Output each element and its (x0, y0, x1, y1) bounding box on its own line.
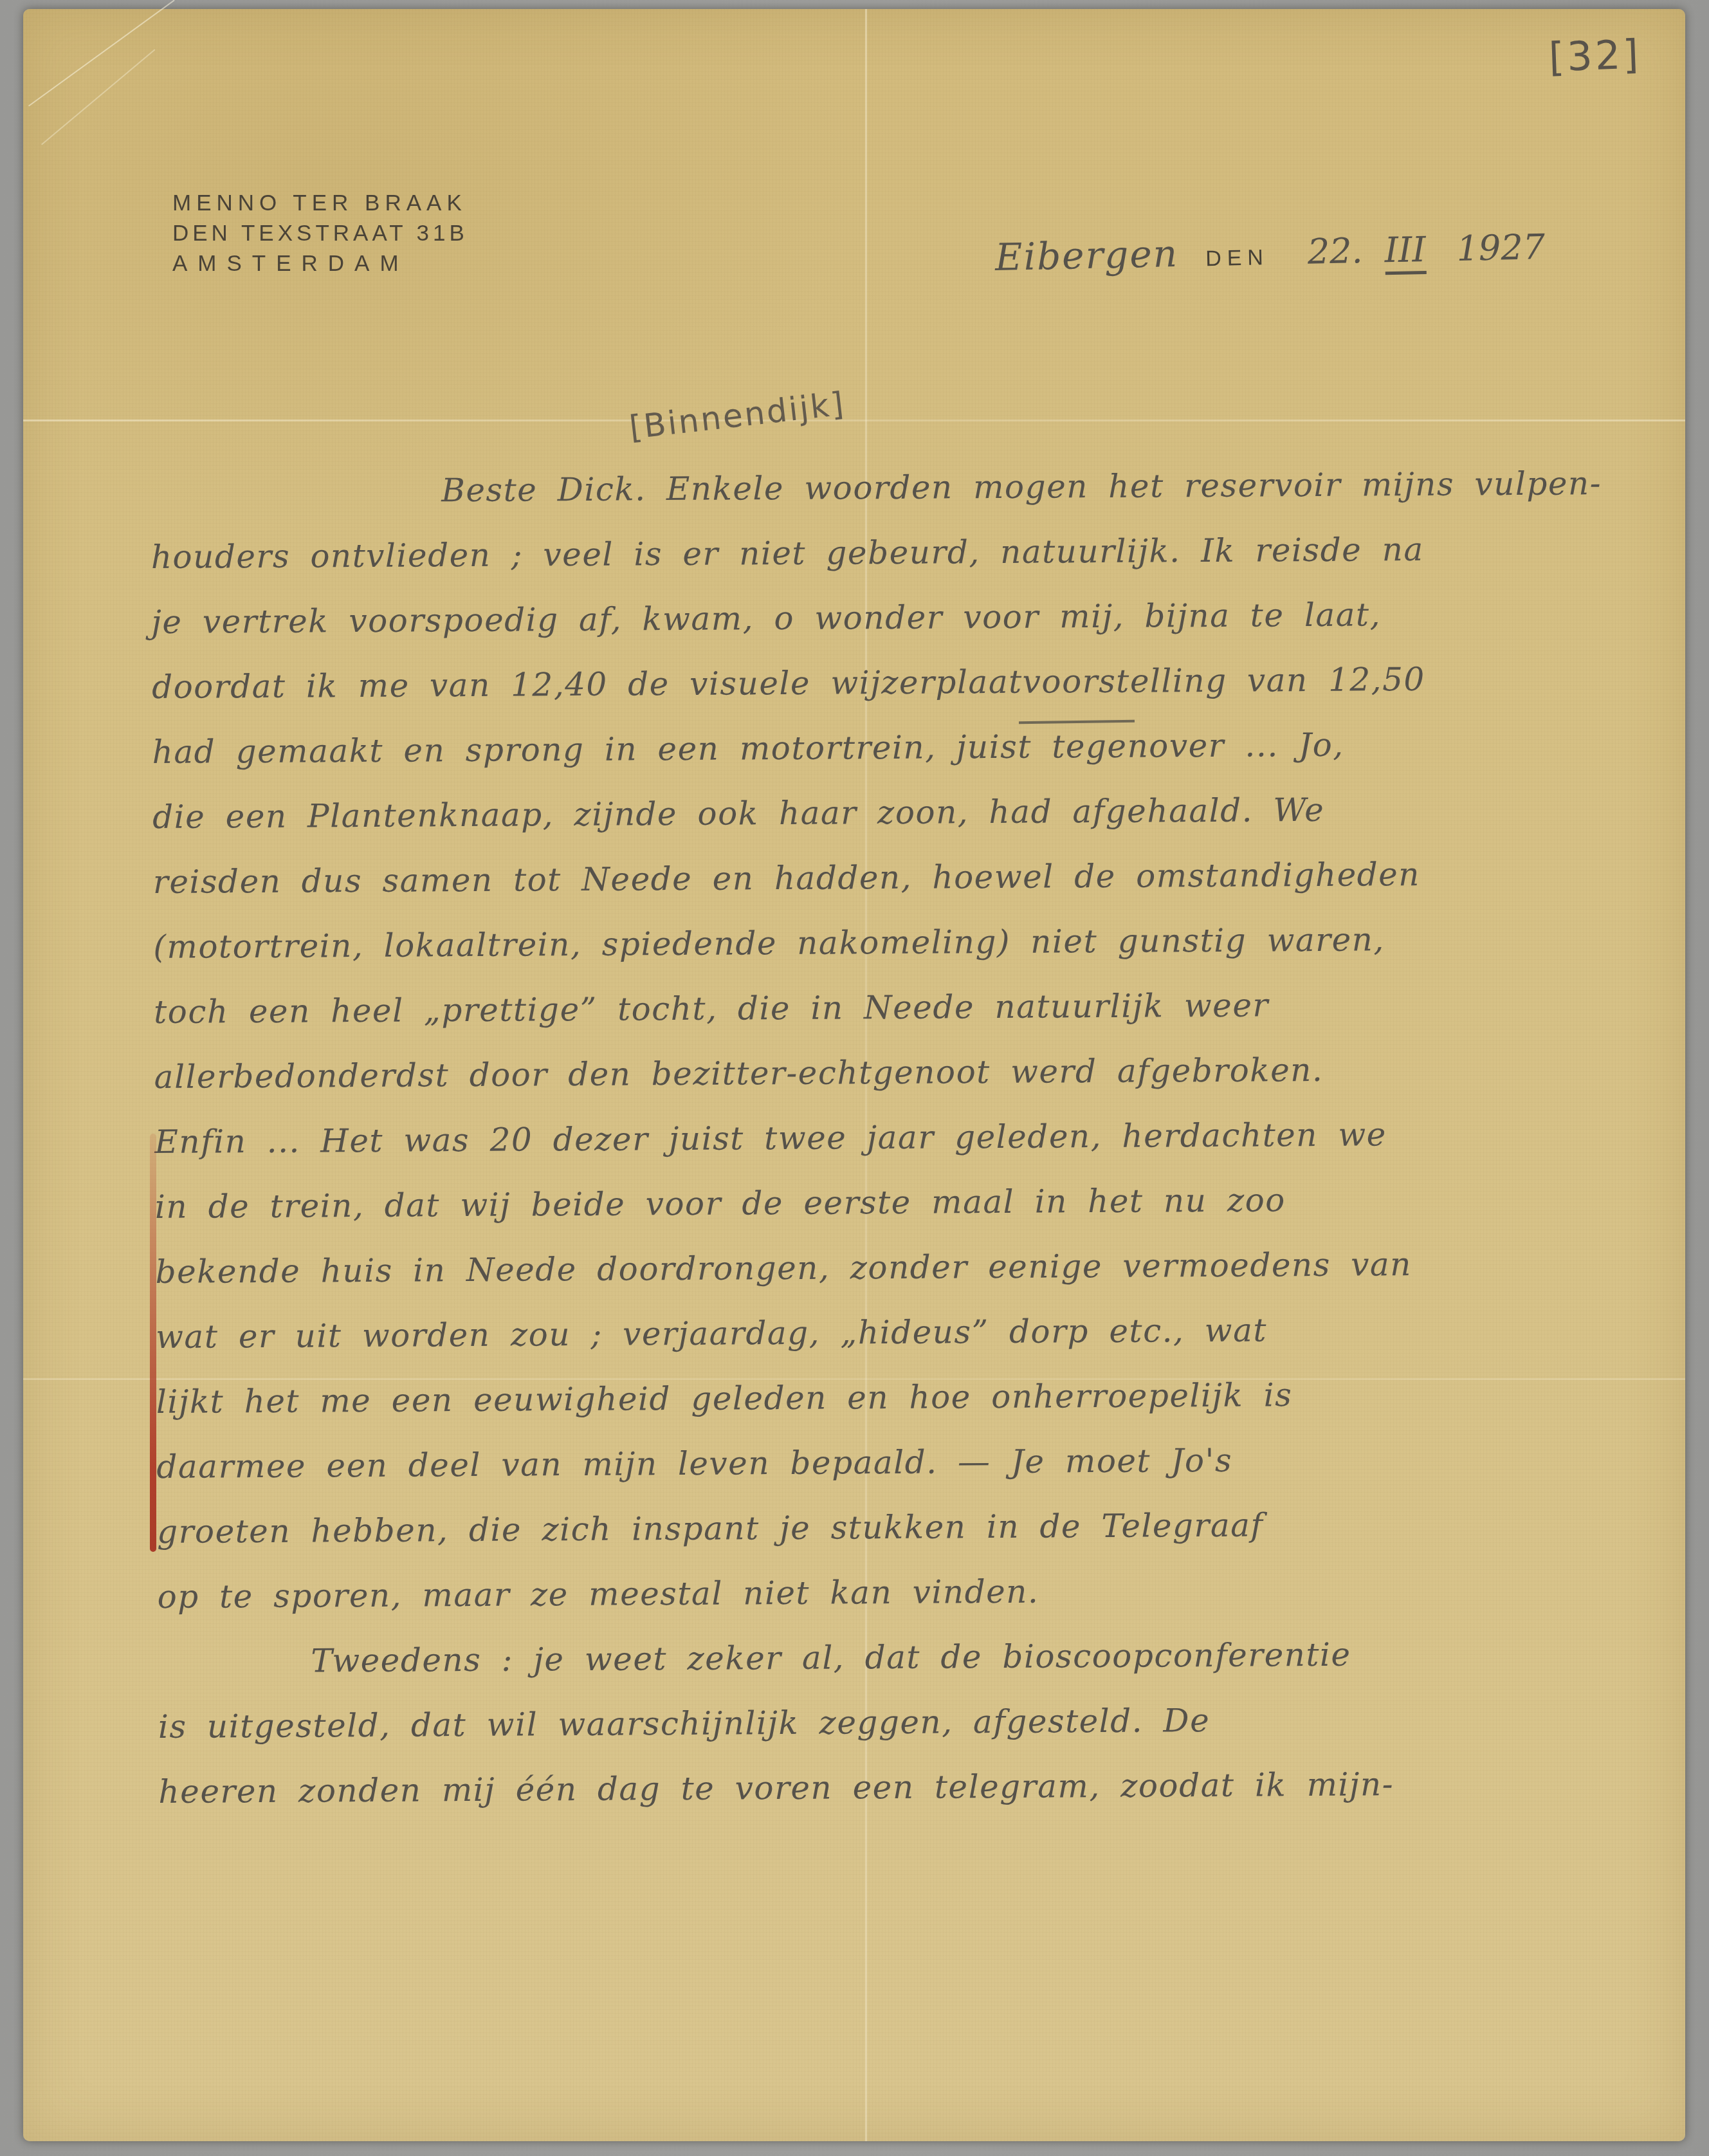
red-margin-mark (150, 1134, 156, 1552)
letterhead-name: MENNO TER BRAAK (172, 188, 468, 218)
dateline-day: 22. (1307, 230, 1363, 272)
handwriting-line: op te sporen, maar ze meestal niet kan v… (157, 1569, 1637, 1643)
fold-crease-horizontal-upper (23, 419, 1685, 421)
handwriting-line: die een Plantenknaap, zijnde ook haar zo… (152, 789, 1632, 863)
corner-crease-icon (28, 0, 175, 107)
handwriting-line: doordat ik me van 12,40 de visuele wijze… (152, 659, 1632, 733)
handwriting-line: toch een heel „prettige” tocht, die in N… (154, 984, 1634, 1058)
handwriting-line: wat er uit worden zou ; verjaardag, „hid… (156, 1309, 1636, 1383)
handwriting-line: allerbedonderdst door den bezitter-echtg… (154, 1049, 1634, 1123)
corner-crease-icon (41, 49, 155, 145)
letterhead: MENNO TER BRAAK DEN TEXSTRAAT 31B AMSTER… (172, 188, 468, 279)
handwriting-line: daarmee een deel van mijn leven bepaald.… (156, 1439, 1636, 1513)
handwriting-line: is uitgesteld, dat wil waarschijnlijk ze… (158, 1699, 1638, 1773)
dateline-month: III (1384, 229, 1426, 275)
letterhead-city: AMSTERDAM (172, 248, 468, 279)
dateline-year: 1927 (1456, 226, 1546, 269)
letterhead-street: DEN TEXSTRAAT 31B (172, 218, 468, 248)
dateline-den-label: DEN (1205, 245, 1270, 272)
handwriting-line: bekende huis in Neede doordrongen, zonde… (155, 1244, 1635, 1318)
archival-annotation: [Binnendijk] (627, 385, 847, 447)
letter-body: Beste Dick. Enkele woorden mogen het res… (151, 465, 1638, 1838)
handwriting-line: houders ontvlieden ; veel is er niet geb… (151, 530, 1631, 603)
handwriting-line: groeten hebben, die zich inspant je stuk… (157, 1504, 1637, 1578)
scan-background: MENNO TER BRAAK DEN TEXSTRAAT 31B AMSTER… (0, 0, 1709, 2156)
handwriting-line: Beste Dick. Enkele woorden mogen het res… (151, 465, 1631, 539)
dateline-place: Eibergen (994, 232, 1178, 279)
letter-paper: MENNO TER BRAAK DEN TEXSTRAAT 31B AMSTER… (23, 9, 1685, 2141)
handwriting-line: Enfin ... Het was 20 dezer juist twee ja… (154, 1114, 1634, 1188)
handwriting-line: heeren zonden mij één dag te voren een t… (158, 1764, 1638, 1838)
handwriting-line: je vertrek voorspoedig af, kwam, o wonde… (151, 594, 1631, 668)
handwriting-line: had gemaakt en sprong in een motortrein,… (152, 724, 1632, 798)
page-number-annotation: [32] (1548, 31, 1642, 81)
handwriting-line: reisden dus samen tot Neede en hadden, h… (153, 854, 1633, 928)
handwriting-line: in de trein, dat wij beide voor de eerst… (155, 1179, 1635, 1253)
handwriting-line: Tweedens : je weet zeker al, dat de bios… (158, 1634, 1638, 1708)
dateline: Eibergen DEN 22. III 1927 (994, 224, 1545, 283)
handwriting-line: (motortrein, lokaaltrein, spiedende nako… (153, 919, 1633, 993)
handwriting-line: lijkt het me een eeuwigheid geleden en h… (156, 1374, 1636, 1448)
